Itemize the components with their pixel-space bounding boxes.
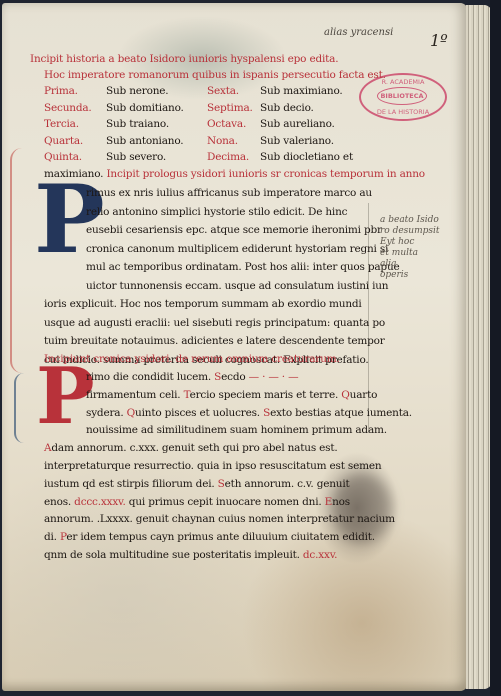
chronicle-line: qnm de sola multitudine sue posteritatis… [44,549,337,561]
persecution-text: Sub diocletiano et [260,151,353,163]
text-segment: eth annorum. c.v. genuit [225,478,350,490]
chronicle-line: rimo die condidit lucem. Secdo — · — · — [86,371,298,383]
border-ornament [10,148,32,373]
prologue-line: ioris explicuit. Hoc nos temporum summam… [44,298,362,310]
text-segment: nos [332,496,350,508]
rubric-segment: — · — · — [246,371,299,383]
chronicle-line: di. Per idem tempus cayn primus ante dil… [44,531,375,543]
border-ornament-blue [14,373,30,443]
text-segment: ecdo [221,371,245,383]
persecution-text: Sub domitiano. [106,102,184,114]
binding-shadow [490,0,501,696]
persecution-text: Sub severo. [106,151,166,163]
prologue-line: uictor tunnonensis eccam. usque ad consu… [86,280,388,292]
side-note-line: operis [380,270,440,281]
persecution-text: Sub maximiano. [260,85,343,97]
persecution-ordinal: Quinta. [44,151,82,163]
folio-number: 1º [430,31,448,50]
top-margin-note: alias yracensi [324,27,393,38]
side-note-line: et multa [380,248,440,259]
chronicle-line: firmamentum celi. Tercio speciem maris e… [86,389,377,401]
persecution-text: Sub traiano. [106,118,169,130]
text-segment: qnm de sola multitudine sue posteritatis… [44,549,303,561]
prologue-line: mul ac temporibus ordinatam. Post hos al… [86,261,400,273]
manuscript-page: alias yracensi 1º R. ACADEMIA BIBLIOTECA… [2,3,468,691]
rubric-segment: dc.xxv. [303,549,337,561]
prologue-line: relio antonino simplici hystorie stilo e… [86,206,347,218]
persecution-ordinal: Septima. [207,102,253,114]
stamp-bottom-text: DE LA HISTORIA [361,108,445,116]
text-segment: er idem tempus cayn primus ante diluuium… [66,531,375,543]
persecution-ordinal: Quarta. [44,135,83,147]
rubric-segment: S [218,478,225,490]
persecution-ordinal: Sexta. [207,85,239,97]
text-segment: dam annorum. c.xxx. genuit seth qui pro … [51,442,337,454]
persecution-ordinal: Decima. [207,151,249,163]
prologue-line: usque ad augusti eraclii: uel sisebuti r… [44,317,385,329]
persecution-text: Sub nerone. [106,85,168,97]
persecution-text: Sub decio. [260,102,314,114]
rubric-line: Incipit historia a beato Isidoro iuniori… [30,53,338,65]
rubric-segment: E [325,496,332,508]
prologue-line: eusebii cesariensis epc. atque sce memor… [86,224,382,236]
text-segment: nouissime ad similitudinem suam hominem … [86,424,387,436]
persecution-ordinal: Nona. [207,135,238,147]
persecution-ordinal: Octava. [207,118,246,130]
side-margin-note: a beato Isidoro desumpsitEyt hocet multa… [380,215,440,281]
rubric-line: Hoc imperatore romanorum quibus in ispan… [44,69,386,81]
chronicle-line: nouissime ad similitudinem suam hominem … [86,424,387,436]
chronicle-line: iustum qd est stirpis filiorum dei. Seth… [44,478,350,490]
rubric-segment: Q [127,407,135,419]
text-segment: uinto pisces et uolucres. [135,407,263,419]
page-edges [466,5,492,689]
chronicle-line: Adam annorum. c.xxx. genuit seth qui pro… [44,442,338,454]
stamp-inner-text: BIBLIOTECA [377,87,427,105]
text-segment: firmamentum celi. [86,389,184,401]
text-segment: annorum. .Lxxxx. genuit chaynan cuius no… [44,513,395,525]
text-segment: uarto [350,389,378,401]
rubric-segment: dccc.xxxv. [74,496,126,508]
text-segment: rimo die condidit lucem. [86,371,214,383]
persecution-text: Sub valeriano. [260,135,334,147]
side-note-line: alia [380,259,440,270]
chronicle-line: sydera. Quinto pisces et uolucres. Sexto… [86,407,412,419]
text-segment: qui primus cepit inuocare nomen dni. [126,496,325,508]
persecution-ordinal: Tercia. [44,118,79,130]
chronicle-line: enos. dccc.xxxv. qui primus cepit inuoca… [44,496,350,508]
text-segment: iustum qd est stirpis filiorum dei. [44,478,218,490]
text-segment: interpretaturque resurrectio. quia in ip… [44,460,381,472]
rubric-segment: Q [341,389,349,401]
persecution-text: Sub antoniano. [106,135,183,147]
text-segment: ercio speciem maris et terre. [190,389,342,401]
persecution-ordinal: Prima. [44,85,78,97]
text-segment: exto bestias atque iumenta. [270,407,412,419]
chronicle-line: interpretaturque resurrectio. quia in ip… [44,460,381,472]
prologue-rubric: Incipit prologus ysidori iunioris sr cro… [106,168,424,180]
prologue-line: tuim breuitate notauimus. adicientes e l… [44,335,385,347]
prologue-line: cronica canonum multiplicem ediderunt hy… [86,243,388,255]
text-segment: enos. [44,496,74,508]
persecution-ordinal: Secunda. [44,102,92,114]
side-note-line: a beato Isido [380,215,440,226]
text-segment: sydera. [86,407,127,419]
persecution-text: Sub aureliano. [260,118,335,130]
prologue-line: rimus ex nris iulius affricanus sub impe… [86,187,372,199]
rubric-segment: S [263,407,270,419]
chronicle-line: annorum. .Lxxxx. genuit chaynan cuius no… [44,513,395,525]
side-note-line: Eyt hoc [380,237,440,248]
text-segment: di. [44,531,60,543]
side-note-line: ro desumpsit [380,226,440,237]
